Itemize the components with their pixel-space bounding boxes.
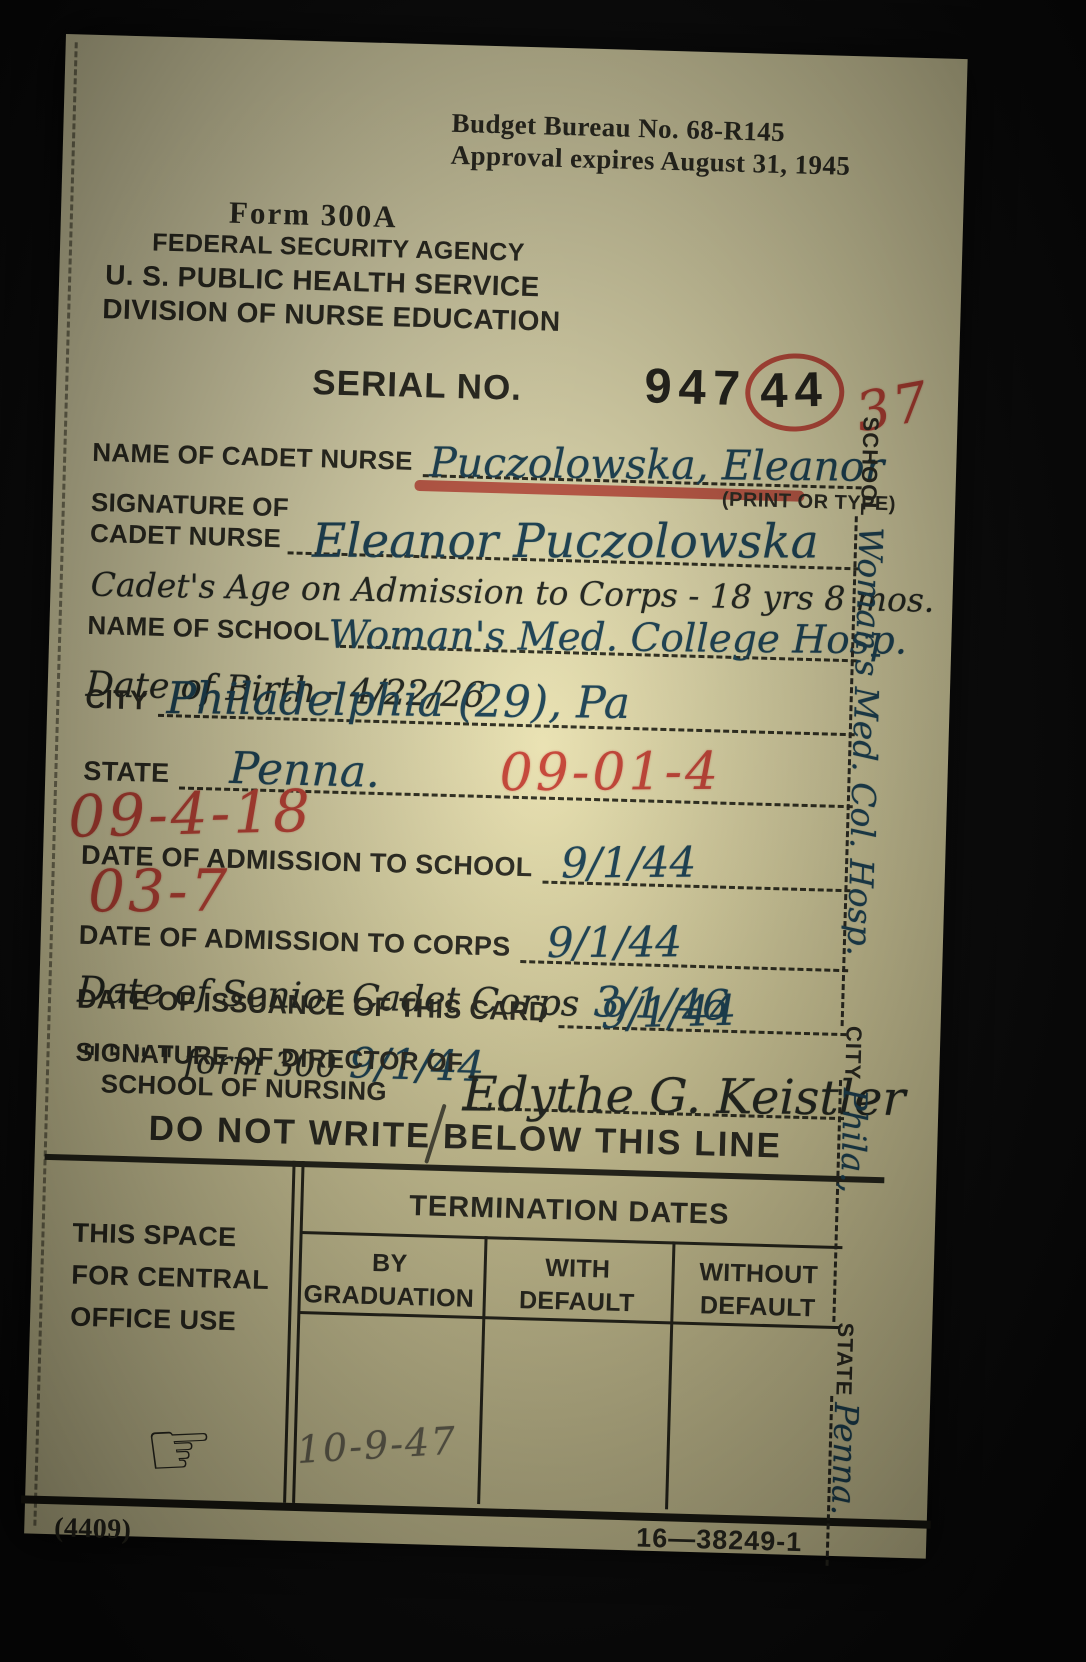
issuance-line: 9/1/44 <box>558 1019 846 1036</box>
handwritten-school: Woman's Med. College Hosp. <box>328 613 907 664</box>
admission-corps-line: 9/1/44 <box>520 954 848 972</box>
pointing-hand-icon: ☞ <box>143 1408 216 1489</box>
margin-city-label: CITY <box>839 1026 867 1081</box>
red-state-code: 09-01-4 <box>499 742 721 804</box>
school-line: Woman's Med. College Hosp. <box>339 639 857 662</box>
school-label: NAME OF SCHOOL <box>87 610 340 648</box>
admission-corps-label: DATE OF ADMISSION TO CORPS <box>78 920 521 963</box>
footer-left-code: (4409) <box>54 1512 132 1546</box>
form-card: Budget Bureau No. 68-R145 Approval expir… <box>24 34 968 1559</box>
admission-school-line: 9/1/44 <box>542 875 851 893</box>
margin-state-label: STATE <box>830 1322 858 1397</box>
field-admission-to-corps: DATE OF ADMISSION TO CORPS 9/1/44 <box>78 913 849 972</box>
signature-label: SIGNATURE OF CADET NURSE <box>90 487 290 555</box>
field-director-signature: SIGNATURE OF DIRECTOR OF SCHOOL OF NURSI… <box>74 1043 845 1120</box>
central-office-note: THIS SPACE FOR CENTRAL OFFICE USE <box>70 1213 283 1344</box>
issuance-label: DATE OF ISSUANCE OF THIS CARD <box>77 984 559 1028</box>
table-bottom-rule <box>21 1495 931 1528</box>
signature-line: Eleanor Puczolowska <box>288 545 860 570</box>
director-line: Edythe G. Keistler <box>462 1100 845 1120</box>
serial-number: 94744 <box>644 358 837 422</box>
serial-digits: 947 <box>644 359 748 416</box>
red-circle-annotation: 44 <box>744 352 844 432</box>
director-label: SIGNATURE OF DIRECTOR OF SCHOOL OF NURSI… <box>74 1036 463 1109</box>
column-by-graduation: BY GRADUATION <box>298 1245 480 1315</box>
margin-state-value: Penna. <box>824 1402 866 1516</box>
name-line: Puczolowska, Eleanor (PRINT OR TYPE) <box>422 468 861 489</box>
field-name-of-cadet-nurse: NAME OF CADET NURSE Puczolowska, Eleanor… <box>92 430 863 489</box>
handwritten-admission-corps-date: 9/1/44 <box>547 917 683 967</box>
handwritten-city: Philadelphia (29), Pa <box>166 673 630 729</box>
column-with-default: WITH DEFAULT <box>486 1250 668 1320</box>
handwritten-signature: Eleanor Puczolowska <box>312 514 819 570</box>
margin-school-label: SCHOOL <box>855 416 884 517</box>
margin-state-line: Penna. <box>826 1396 844 1566</box>
handwritten-name: Puczolowska, Eleanor <box>429 438 884 491</box>
termination-dates-title: TERMINATION DATES <box>295 1187 844 1235</box>
city-label: CITY <box>85 684 159 717</box>
handwritten-graduation-date: 10-9-47 <box>296 1419 459 1472</box>
handwritten-issuance-date: 9/1/44 <box>600 986 736 1038</box>
footer-print-code: 16—38249-1 <box>636 1523 803 1559</box>
name-label: NAME OF CADET NURSE <box>92 437 423 477</box>
field-city: CITY Philadelphia (29), Pa <box>85 675 856 736</box>
city-line: Philadelphia (29), Pa <box>158 708 855 736</box>
margin-city-line: Phila., <box>832 1080 852 1323</box>
form-number: Form 300A <box>229 195 399 236</box>
handwritten-admission-school-date: 9/1/44 <box>561 838 697 888</box>
margin-city-value: Phila., <box>833 1088 875 1194</box>
column-without-default: WITHOUT DEFAULT <box>674 1256 842 1326</box>
serial-label: SERIAL NO. <box>312 363 523 409</box>
signature-label-2: CADET NURSE <box>90 518 289 555</box>
budget-bureau-note: Budget Bureau No. 68-R145 Approval expir… <box>450 107 851 183</box>
